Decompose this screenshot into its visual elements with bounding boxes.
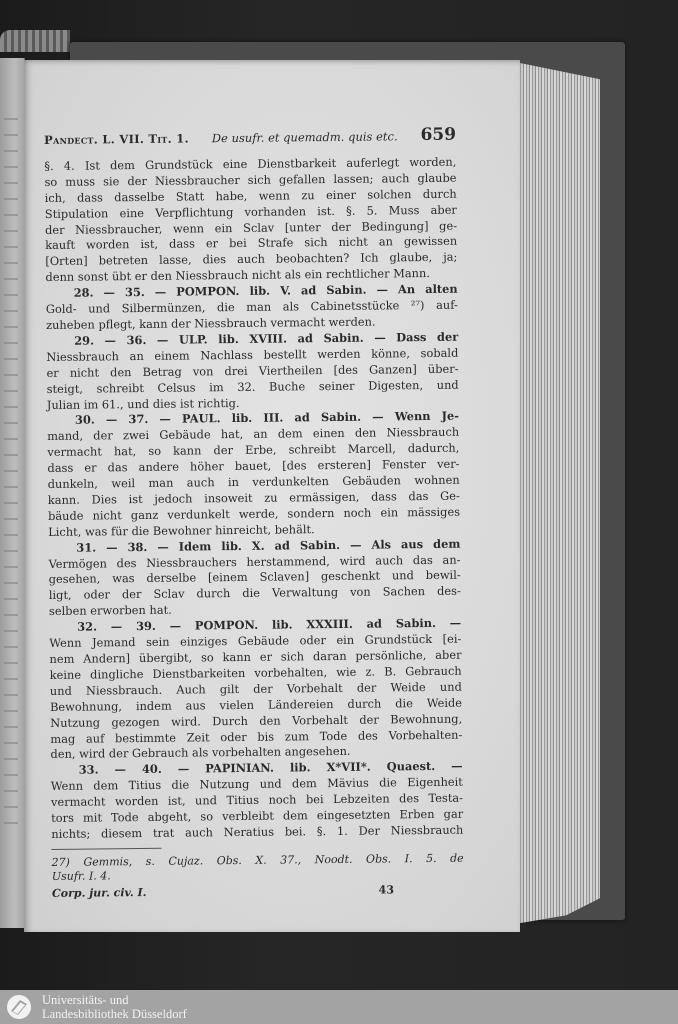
running-head: Pandect. L. VII. Tit. 1. De usufr. et qu… [44, 128, 456, 149]
footnote-27: 27) Gemmis, s. Cujaz. Obs. X. 37., Noodt… [52, 852, 464, 884]
running-head-left: Pandect. L. VII. Tit. 1. [44, 131, 189, 148]
page-text-block: Pandect. L. VII. Tit. 1. De usufr. et qu… [44, 128, 464, 902]
book-logo-icon [4, 993, 34, 1021]
page-edges [515, 62, 600, 924]
signature-row: Corp. jur. civ. I. 43 [52, 882, 464, 902]
footnote-divider [52, 848, 162, 850]
page-number: 659 [420, 128, 456, 144]
library-name-line1: Universitäts- und [42, 993, 187, 1007]
library-name-line2: Landesbibliothek Düsseldorf [42, 1007, 187, 1021]
running-head-title: De usufr. et quemadm. quis etc. [212, 129, 398, 147]
library-footer-bar: Universitäts- und Landesbibliothek Düsse… [0, 990, 678, 1024]
left-cover-edge [0, 30, 70, 52]
book-page: Pandect. L. VII. Tit. 1. De usufr. et qu… [24, 60, 520, 932]
facing-page-edge [0, 58, 25, 928]
text-line: nichts; diesem trat auch Neratius bei. §… [51, 823, 463, 843]
signature-number: 43 [379, 882, 394, 898]
library-name: Universitäts- und Landesbibliothek Düsse… [42, 993, 187, 1021]
signature-mark: Corp. jur. civ. I. [52, 885, 147, 902]
